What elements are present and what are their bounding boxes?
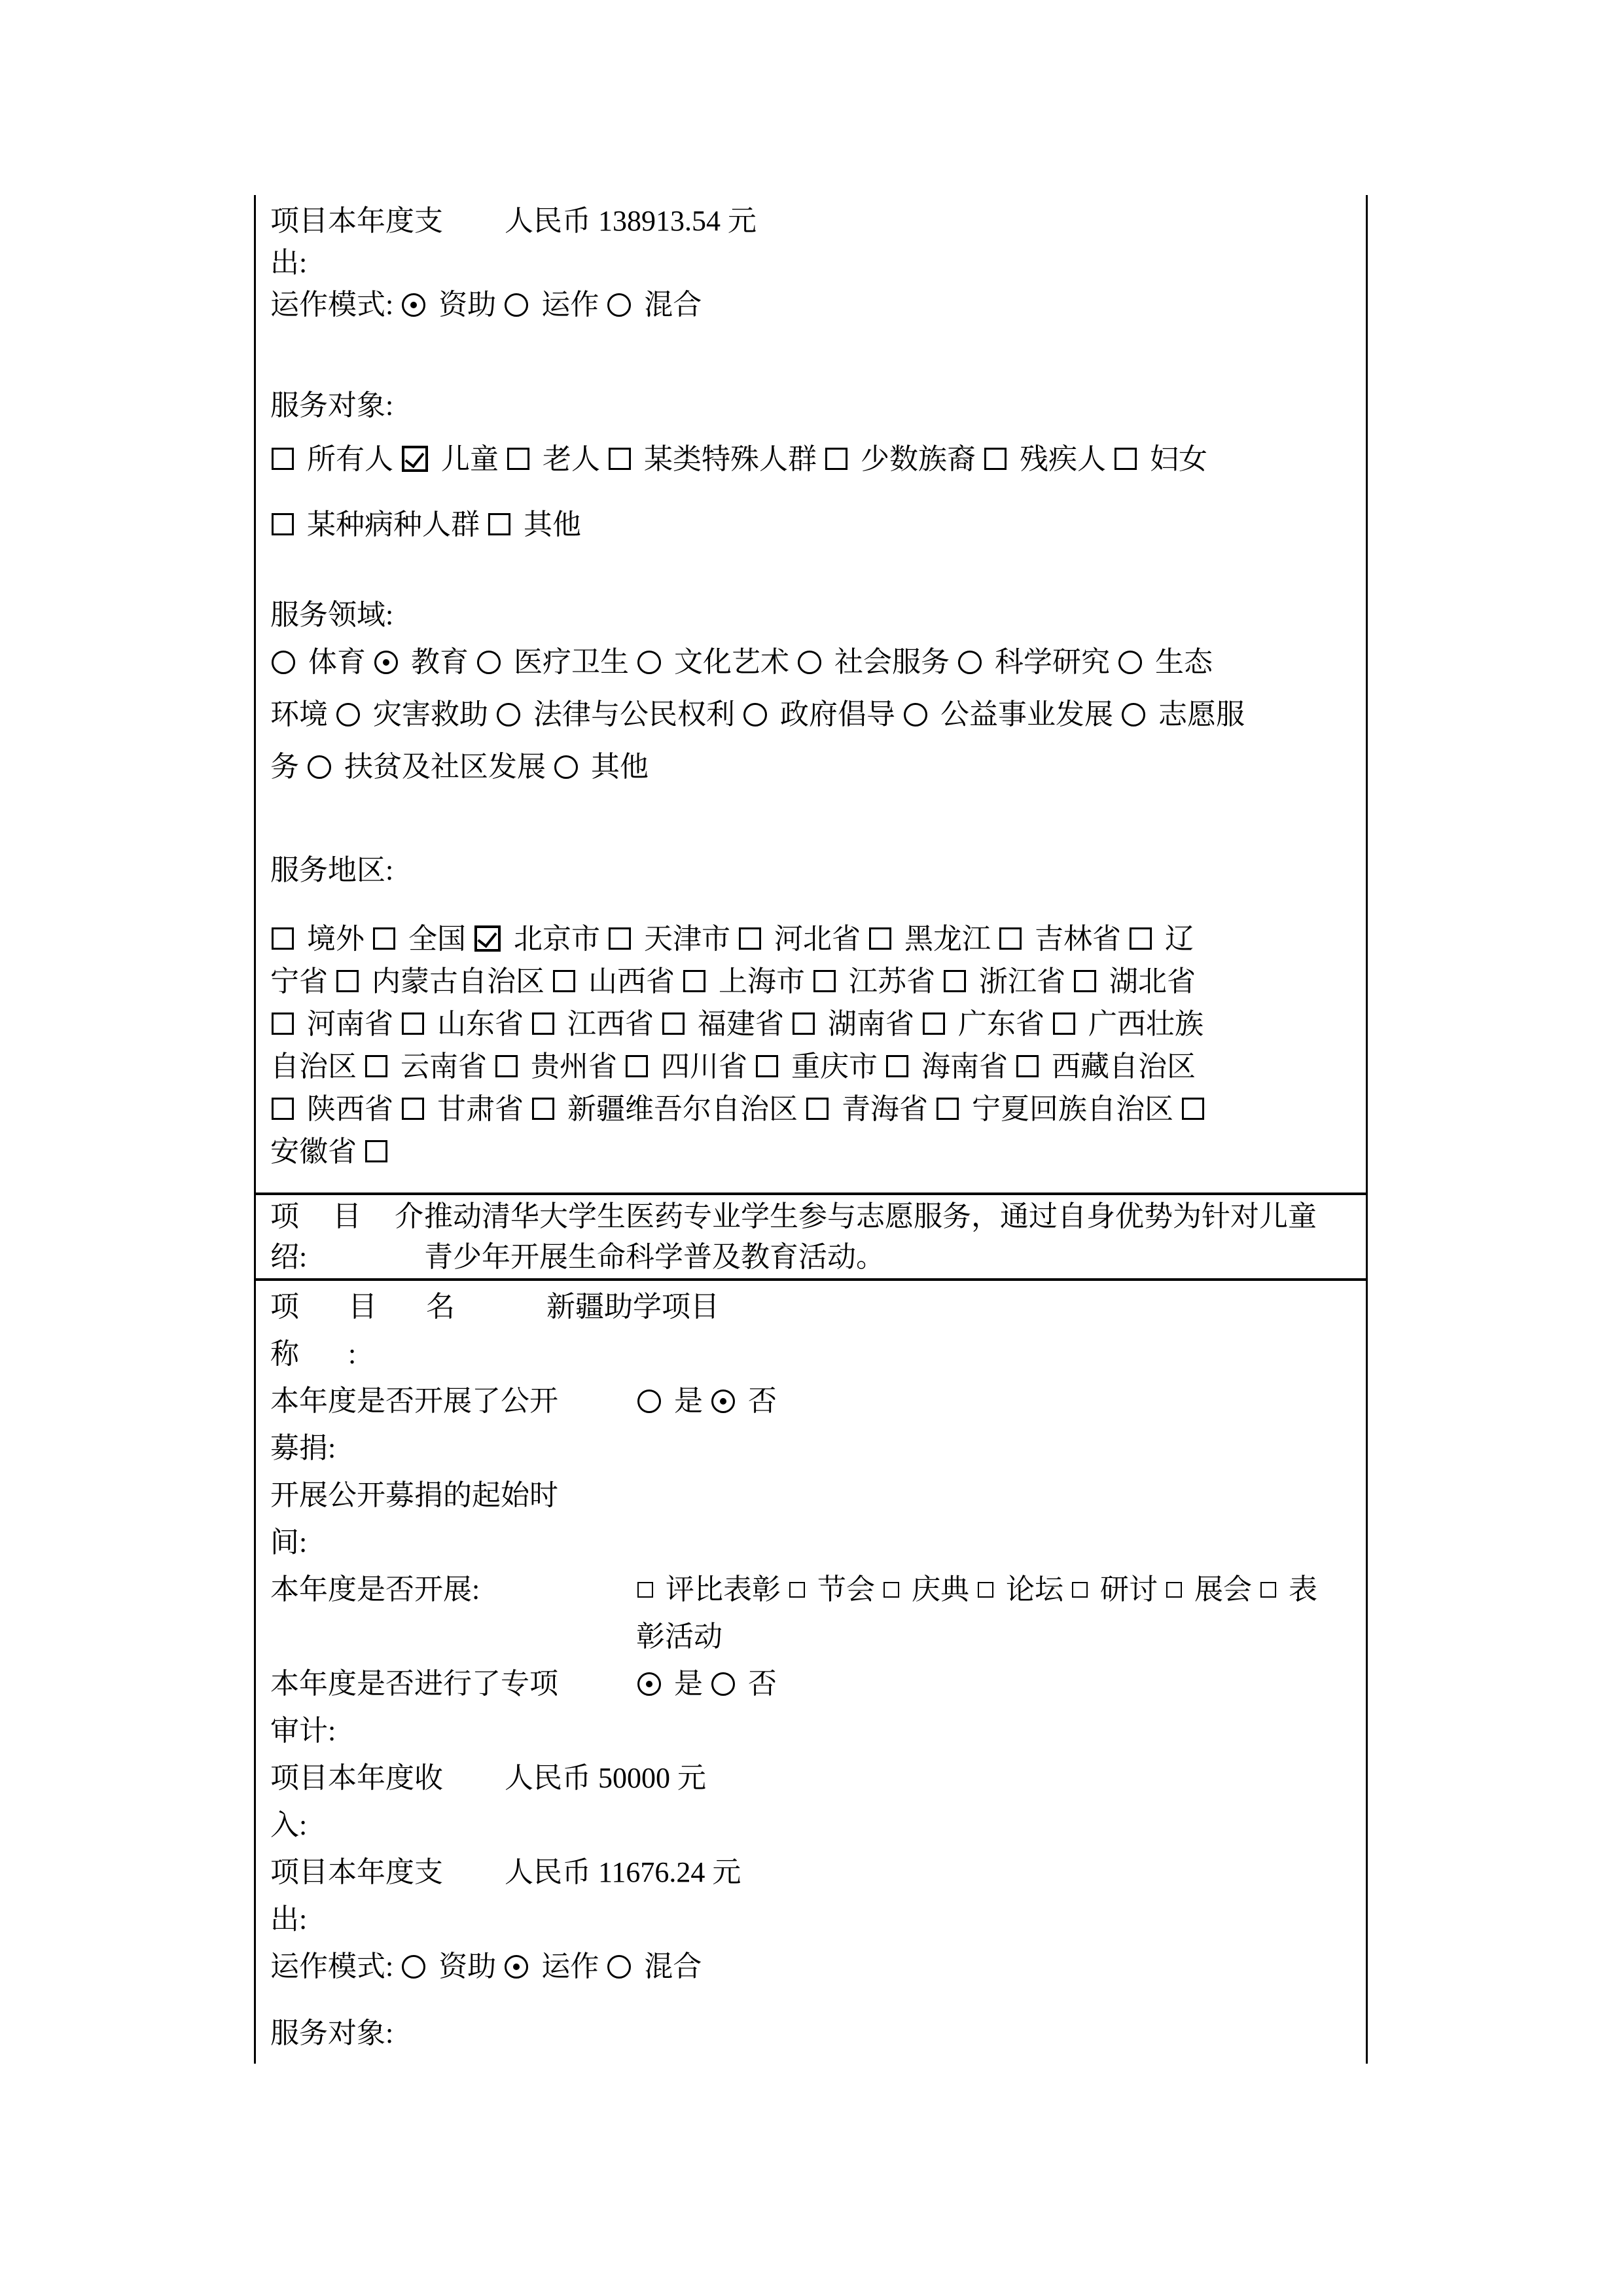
checkbox-unchecked[interactable] <box>532 1013 554 1035</box>
text: 研讨 <box>1093 1573 1165 1605</box>
text: 务 <box>270 751 306 783</box>
checkbox-unchecked[interactable] <box>1074 970 1096 992</box>
text: 某类特殊人群 <box>637 443 824 475</box>
checkbox-unchecked[interactable] <box>609 448 631 470</box>
text: 运作 <box>534 289 606 321</box>
radio-unselected[interactable] <box>1122 703 1145 726</box>
project2-detail-cell: 项 目 名称 : 新疆助学项目 本年度是否开展了公开募捐: 是 否 开展公开募捐… <box>256 1281 1366 2064</box>
checkbox-unchecked[interactable] <box>1130 927 1152 950</box>
service-area-options: 境外 全国 北京市 天津市 河北省 黑龙江 吉林省 辽宁省 内蒙古自治区 山西省… <box>270 918 1353 1173</box>
checkbox-unchecked[interactable] <box>739 927 761 950</box>
field-label-annual-expense-2: 项目本年度支出: <box>270 1849 1353 1943</box>
text: 推动清华大学生医药专业学生参与志愿服务，通过自身优势为针对儿童 <box>424 1200 1317 1232</box>
spacer <box>270 793 1353 850</box>
service-target-heading-2: 服务对象: <box>270 2010 1353 2057</box>
text: 老人 <box>535 443 607 475</box>
spacer <box>270 326 1353 385</box>
checkbox-unchecked[interactable] <box>886 1055 908 1077</box>
text: 西藏自治区 <box>1044 1050 1196 1083</box>
field-row-activities: 本年度是否开展: 评比表彰 节会 庆典 论坛 研讨 展会 表彰活动 <box>270 1566 1353 1660</box>
service-field-options: 体育 教育 医疗卫生 文化艺术 社会服务 科学研究 生态环境 灾害救助 法律与公… <box>270 636 1353 793</box>
text: 黑龙江 <box>897 923 998 955</box>
text: 海南省 <box>914 1050 1015 1083</box>
checkbox-unchecked[interactable] <box>1072 1582 1088 1598</box>
checkbox-unchecked[interactable] <box>272 927 294 950</box>
text: 上海市 <box>711 965 812 997</box>
checkbox-unchecked[interactable] <box>495 1055 518 1077</box>
field-row-operation-mode: 运作模式: 资助 运作 混合 <box>270 284 1353 326</box>
field-value-project-name: 新疆助学项目 <box>546 1283 719 1331</box>
field-label-project-name: 项 目 名称 : <box>270 1283 1353 1378</box>
service-target-heading: 服务对象: <box>270 385 1353 427</box>
field-label-special-audit: 本年度是否进行了专项审计: <box>270 1660 1353 1755</box>
project1-detail-cell: 项目本年度支出: 人民币 138913.54 元 运作模式: 资助 运作 混合 … <box>256 195 1366 1193</box>
text: 儿童 <box>434 443 506 475</box>
text: 内蒙古自治区 <box>365 965 552 997</box>
field-label-annual-income: 项目本年度收入: <box>270 1755 1353 1849</box>
text: 绍: <box>270 1241 307 1273</box>
text: 资助 <box>431 289 503 321</box>
checkbox-unchecked[interactable] <box>883 1582 899 1598</box>
text: 运作 <box>534 1950 606 1982</box>
checkbox-unchecked[interactable] <box>609 927 631 950</box>
text: 公益事业发展 <box>933 698 1120 730</box>
text: 政府倡导 <box>773 698 902 730</box>
text: 混合 <box>637 1950 702 1982</box>
service-target-options: 所有人 儿童 老人 某类特殊人群 少数族裔 残疾人 妇女 某种病种人群 其他 <box>270 427 1353 558</box>
field-value-special-audit: 是 否 <box>636 1660 777 1708</box>
checkbox-unchecked[interactable] <box>272 513 294 535</box>
checkbox-unchecked[interactable] <box>637 1582 653 1598</box>
text: 开展公开募捐的起始时 <box>270 1479 558 1511</box>
text: 云南省 <box>393 1050 494 1083</box>
text: 重庆市 <box>784 1050 885 1083</box>
text: 项目本年度收 <box>270 1762 443 1794</box>
field-row-project-name: 项 目 名称 : 新疆助学项目 <box>270 1283 1353 1378</box>
field-value-public-fundraising: 是 否 <box>636 1378 777 1425</box>
text: 安徽省 <box>270 1136 364 1168</box>
text: 青海省 <box>834 1093 935 1125</box>
text: 教育 <box>404 646 476 678</box>
checkbox-unchecked[interactable] <box>272 1098 294 1120</box>
text: 自治区 <box>270 1050 364 1083</box>
text: 宁省 <box>270 965 335 997</box>
radio-unselected[interactable] <box>607 293 631 317</box>
text: 全国 <box>401 923 473 955</box>
text: 运作模式: <box>270 1950 401 1982</box>
checkbox-unchecked[interactable] <box>923 1013 945 1035</box>
text: 项目本年度支 <box>270 1856 443 1888</box>
text: 法律与公民权利 <box>526 698 742 730</box>
text: 其他 <box>584 751 649 783</box>
checkbox-unchecked[interactable] <box>999 927 1022 950</box>
text: 境外 <box>300 923 372 955</box>
radio-unselected[interactable] <box>497 703 520 726</box>
spacer <box>270 891 1353 918</box>
text: 庆典 <box>904 1573 976 1605</box>
checkbox-unchecked[interactable] <box>272 1013 294 1035</box>
text: 出: <box>270 1903 307 1935</box>
text: 新疆维吾尔自治区 <box>560 1093 805 1125</box>
field-label-annual-expense: 项目本年度支出: <box>270 200 1353 284</box>
checkbox-checked[interactable] <box>474 925 501 952</box>
document-page: { "colors": { "text": "#000000", "border… <box>0 0 1623 2296</box>
text: 扶贫及社区发展 <box>337 751 553 783</box>
checkbox-unchecked[interactable] <box>978 1582 993 1598</box>
project-intro-row: 项 目 介绍: 推动清华大学生医药专业学生参与志愿服务，通过自身优势为针对儿童青… <box>256 1193 1366 1281</box>
text: 运作模式: <box>270 289 401 321</box>
checkbox-unchecked[interactable] <box>813 970 836 992</box>
radio-selected[interactable] <box>711 1390 735 1413</box>
text: 残疾人 <box>1012 443 1113 475</box>
text: 是 <box>667 1385 710 1417</box>
text: 湖南省 <box>821 1008 921 1040</box>
checkbox-unchecked[interactable] <box>869 927 891 950</box>
text: 否 <box>741 1385 777 1417</box>
text: 天津市 <box>637 923 738 955</box>
text: 四川省 <box>654 1050 755 1083</box>
checkbox-unchecked[interactable] <box>1182 1098 1204 1120</box>
radio-unselected[interactable] <box>958 651 982 674</box>
checkbox-unchecked[interactable] <box>488 513 510 535</box>
radio-unselected[interactable] <box>607 1955 631 1979</box>
radio-unselected[interactable] <box>272 651 295 674</box>
text: 资助 <box>431 1950 503 1982</box>
text: 志愿服 <box>1151 698 1245 730</box>
checkbox-unchecked[interactable] <box>373 927 395 950</box>
checkbox-checked[interactable] <box>402 446 428 472</box>
checkbox-unchecked[interactable] <box>825 448 847 470</box>
field-value-annual-expense-2: 人民币 11676.24 元 <box>505 1849 741 1896</box>
text: 称 : <box>270 1338 356 1370</box>
checkbox-unchecked[interactable] <box>1166 1582 1182 1598</box>
text: 彰活动 <box>636 1621 722 1653</box>
text: 所有人 <box>300 443 401 475</box>
text: 否 <box>741 1668 777 1700</box>
text: 其他 <box>516 509 581 541</box>
checkbox-unchecked[interactable] <box>793 1013 815 1035</box>
text: 吉林省 <box>1027 923 1128 955</box>
radio-unselected[interactable] <box>336 703 360 726</box>
radio-selected[interactable] <box>637 1672 661 1696</box>
checkbox-unchecked[interactable] <box>532 1098 554 1120</box>
text: 山东省 <box>430 1008 531 1040</box>
field-row-annual-income: 项目本年度收入: 人民币 50000 元 <box>270 1755 1353 1849</box>
radio-unselected[interactable] <box>637 1390 661 1413</box>
text: 生态 <box>1148 646 1213 678</box>
radio-unselected[interactable] <box>743 703 767 726</box>
text: 混合 <box>637 289 702 321</box>
radio-unselected[interactable] <box>554 755 578 779</box>
radio-unselected[interactable] <box>402 1955 425 1979</box>
text: 本年度是否进行了专项 <box>270 1668 558 1700</box>
text: 展会 <box>1187 1573 1259 1605</box>
text: 间: <box>270 1526 307 1558</box>
checkbox-unchecked[interactable] <box>1260 1582 1276 1598</box>
text: 募捐: <box>270 1432 336 1464</box>
text: 河北省 <box>767 923 868 955</box>
checkbox-unchecked[interactable] <box>683 970 705 992</box>
radio-selected[interactable] <box>505 1955 528 1979</box>
text: 青少年开展生命科学普及教育活动。 <box>424 1241 885 1273</box>
checkbox-unchecked[interactable] <box>984 448 1007 470</box>
field-row-operation-mode-2: 运作模式: 资助 运作 混合 <box>270 1943 1353 1990</box>
text: 河南省 <box>300 1008 401 1040</box>
checkbox-unchecked[interactable] <box>756 1055 778 1077</box>
radio-unselected[interactable] <box>711 1672 735 1696</box>
text: 浙江省 <box>972 965 1073 997</box>
checkbox-unchecked[interactable] <box>507 448 529 470</box>
checkbox-unchecked[interactable] <box>336 970 359 992</box>
text: 辽 <box>1158 923 1194 955</box>
radio-unselected[interactable] <box>1118 651 1142 674</box>
text: 甘肃省 <box>430 1093 531 1125</box>
text: 审计: <box>270 1715 336 1747</box>
text: 灾害救助 <box>366 698 495 730</box>
field-label-fundraising-start-time: 开展公开募捐的起始时间: <box>270 1472 1353 1566</box>
checkbox-unchecked[interactable] <box>806 1098 829 1120</box>
checkbox-unchecked[interactable] <box>662 1013 685 1035</box>
field-label-public-fundraising: 本年度是否开展了公开募捐: <box>270 1378 1353 1472</box>
project-intro-text: 推动清华大学生医药专业学生参与志愿服务，通过自身优势为针对儿童青少年开展生命科学… <box>424 1196 1354 1278</box>
text: 社会服务 <box>827 646 957 678</box>
text: 湖北省 <box>1102 965 1196 997</box>
text: 江西省 <box>560 1008 661 1040</box>
text: 福建省 <box>690 1008 791 1040</box>
text: 妇女 <box>1143 443 1207 475</box>
text: 陕西省 <box>300 1093 401 1125</box>
report-table: 项目本年度支出: 人民币 138913.54 元 运作模式: 资助 运作 混合 … <box>254 195 1368 2064</box>
spacer <box>270 558 1353 594</box>
field-value-annual-income: 人民币 50000 元 <box>505 1755 706 1802</box>
text: 宁夏回族自治区 <box>965 1093 1181 1125</box>
checkbox-unchecked[interactable] <box>789 1582 805 1598</box>
radio-unselected[interactable] <box>308 755 331 779</box>
text: 医疗卫生 <box>507 646 636 678</box>
field-row-fundraising-start-time: 开展公开募捐的起始时间: <box>270 1472 1353 1566</box>
text: 科学研究 <box>988 646 1117 678</box>
checkbox-unchecked[interactable] <box>553 970 575 992</box>
text: 节会 <box>810 1573 882 1605</box>
radio-selected[interactable] <box>374 651 398 674</box>
checkbox-unchecked[interactable] <box>402 1013 424 1035</box>
checkbox-unchecked[interactable] <box>1053 1013 1075 1035</box>
radio-selected[interactable] <box>402 293 425 317</box>
text: 项 目 介 <box>270 1200 423 1232</box>
text: 项 目 名 <box>270 1291 455 1323</box>
checkbox-unchecked[interactable] <box>1115 448 1137 470</box>
checkbox-unchecked[interactable] <box>402 1098 424 1120</box>
text: 项目本年度支 <box>270 205 443 237</box>
field-row-special-audit: 本年度是否进行了专项审计: 是 否 <box>270 1660 1353 1755</box>
spacer <box>270 1990 1353 2010</box>
text: 评比表彰 <box>658 1573 788 1605</box>
text: 本年度是否开展了公开 <box>270 1385 558 1417</box>
checkbox-unchecked[interactable] <box>626 1055 648 1077</box>
checkbox-unchecked[interactable] <box>1016 1055 1039 1077</box>
text: 江苏省 <box>842 965 942 997</box>
radio-unselected[interactable] <box>637 651 661 674</box>
service-area-heading: 服务地区: <box>270 850 1353 891</box>
field-row-annual-expense: 项目本年度支出: 人民币 138913.54 元 <box>270 200 1353 284</box>
text: 表 <box>1281 1573 1317 1605</box>
text: 广西壮族 <box>1081 1008 1204 1040</box>
text: 文化艺术 <box>667 646 796 678</box>
field-row-public-fundraising: 本年度是否开展了公开募捐: 是 否 <box>270 1378 1353 1472</box>
field-value-annual-expense: 人民币 138913.54 元 <box>505 200 757 242</box>
checkbox-unchecked[interactable] <box>944 970 966 992</box>
text: 是 <box>667 1668 710 1700</box>
text: 贵州省 <box>524 1050 624 1083</box>
radio-unselected[interactable] <box>798 651 821 674</box>
checkbox-unchecked[interactable] <box>365 1055 387 1077</box>
text: 北京市 <box>507 923 607 955</box>
text: 出: <box>270 247 307 279</box>
text: 论坛 <box>999 1573 1071 1605</box>
text: 体育 <box>301 646 373 678</box>
radio-unselected[interactable] <box>904 703 927 726</box>
radio-unselected[interactable] <box>505 293 528 317</box>
text: 少数族裔 <box>853 443 983 475</box>
text: 山西省 <box>581 965 682 997</box>
text: 入: <box>270 1809 307 1841</box>
field-row-annual-expense-2: 项目本年度支出: 人民币 11676.24 元 <box>270 1849 1353 1943</box>
text: 广东省 <box>951 1008 1052 1040</box>
text: 环境 <box>270 698 335 730</box>
radio-unselected[interactable] <box>477 651 501 674</box>
checkbox-unchecked[interactable] <box>365 1140 387 1162</box>
field-value-activities: 评比表彰 节会 庆典 论坛 研讨 展会 表彰活动 <box>636 1566 1317 1660</box>
service-field-heading: 服务领域: <box>270 594 1353 636</box>
checkbox-unchecked[interactable] <box>936 1098 959 1120</box>
text: 某种病种人群 <box>300 509 487 541</box>
checkbox-unchecked[interactable] <box>272 448 294 470</box>
